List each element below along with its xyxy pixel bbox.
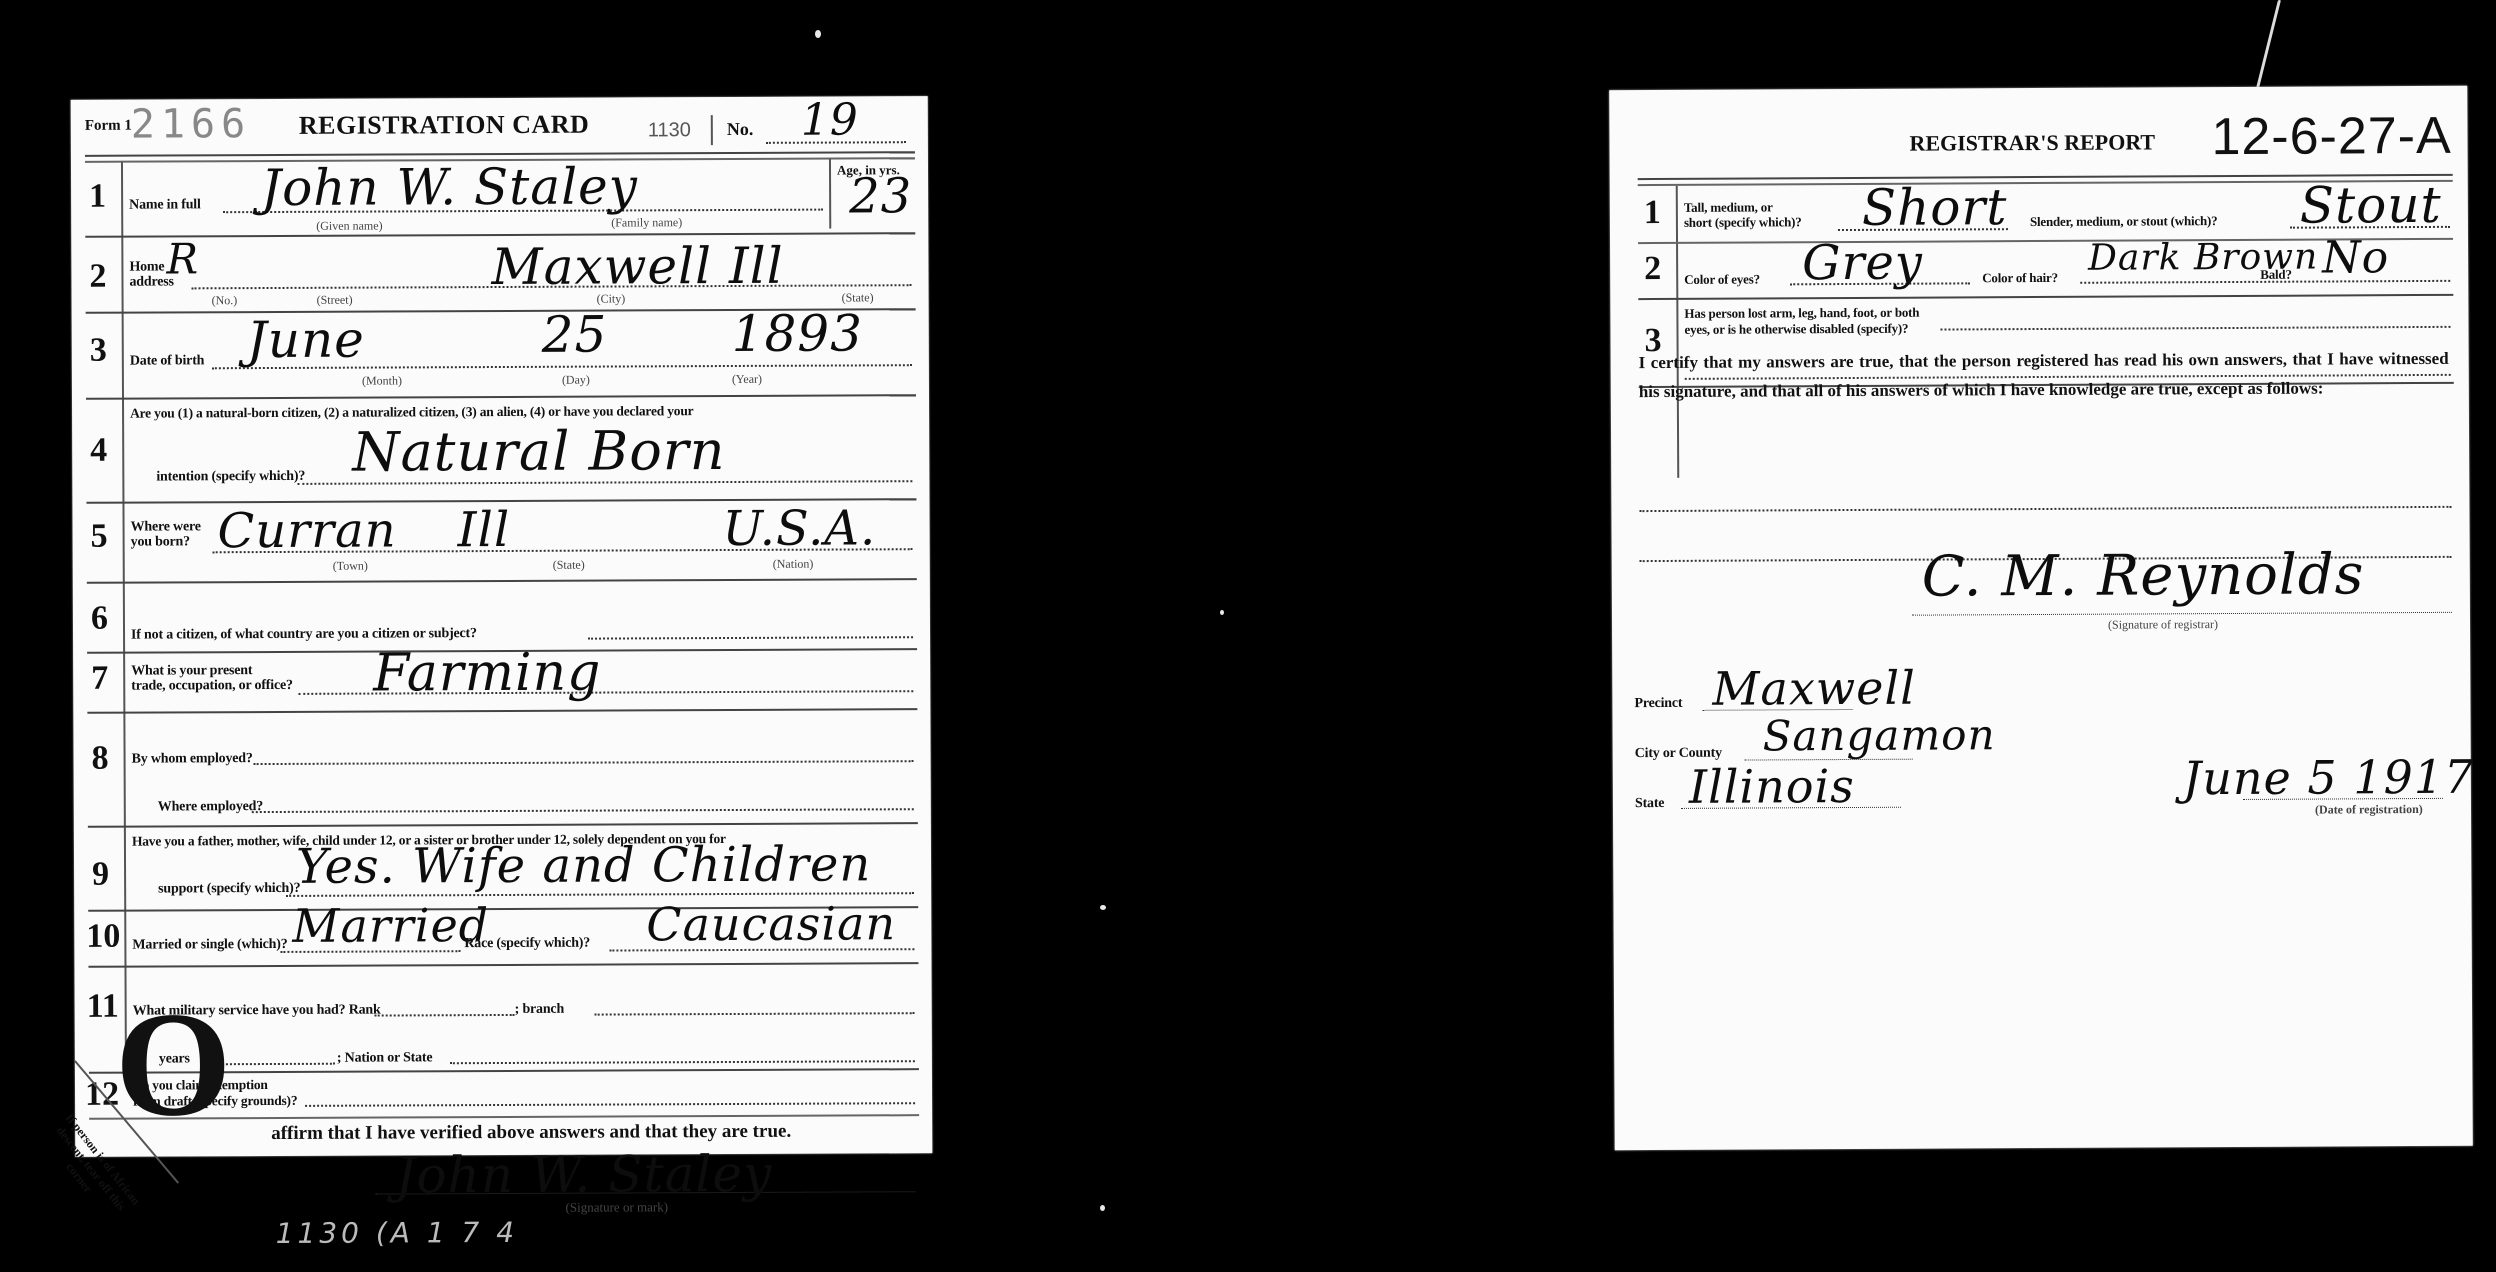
registration-date-sublabel: (Date of registration) [2315, 802, 2423, 818]
report-serial: 12-6-27-A [2211, 106, 2452, 167]
given-name-sublabel: (Given name) [316, 219, 382, 234]
dob-year-sublabel: (Year) [732, 372, 762, 387]
scan-speck [815, 30, 821, 38]
dob-day: 25 [542, 306, 608, 364]
disability-label: Has person lost arm, leg, hand, foot, or… [1684, 305, 1919, 338]
row-number: 2 [1644, 250, 1661, 288]
eye-color-label: Color of eyes? [1684, 271, 1760, 287]
dob-month-sublabel: (Month) [362, 373, 402, 388]
race-marker-letter: O [115, 989, 232, 1140]
scan-artifact [2256, 0, 2281, 88]
citizenship-label: intention (specify which)? [156, 469, 305, 486]
age-value: 23 [849, 168, 912, 224]
precinct-label: Precinct [1634, 696, 1682, 712]
address-city-sublabel: (City) [597, 291, 626, 306]
height-label: Tall, medium, orshort (specify which)? [1684, 199, 1802, 230]
scan-speck [1220, 610, 1224, 615]
card-title: REGISTRATION CARD [299, 110, 590, 141]
occupation-value: Farming [373, 643, 601, 704]
height-value: Short [1862, 178, 2008, 237]
employer-label: By whom employed? [132, 751, 253, 768]
citizenship-value: Natural Born [352, 419, 725, 484]
affirmation-text: affirm that I have verified above answer… [271, 1121, 791, 1145]
address-street-sublabel: (Street) [317, 293, 353, 308]
bald-value: No [2322, 232, 2389, 283]
foreign-citizenship-label: If not a citizen, of what country are yo… [131, 626, 477, 644]
row-number: 1 [89, 178, 106, 216]
birth-nation: U.S.A. [722, 500, 876, 557]
bald-label: Bald? [2260, 267, 2292, 283]
build-value: Stout [2300, 176, 2442, 235]
birth-nation-sublabel: (Nation) [773, 557, 814, 572]
precinct-value: Maxwell [1712, 661, 1916, 716]
row-number: 6 [91, 600, 108, 638]
address-no-sublabel: (No.) [212, 293, 238, 308]
registrar-signature-sublabel: (Signature of registrar) [2108, 617, 2218, 633]
dependents-value: Yes. Wife and Children [296, 836, 871, 895]
serial-number: 2166 [131, 101, 252, 148]
race-value: Caucasian [646, 896, 896, 951]
row-number: 8 [91, 740, 108, 778]
row-number: 5 [91, 518, 108, 556]
row-number: 9 [92, 856, 109, 894]
nation-or-state-label: ; Nation or State [337, 1050, 433, 1066]
state-label: State [1635, 796, 1664, 812]
branch-label: ; branch [515, 1002, 564, 1018]
number-label: No. [727, 119, 754, 140]
scan-speck [1100, 905, 1106, 910]
dob-month: June [247, 311, 365, 370]
registration-date: June 5 1917 [2183, 750, 2475, 806]
name-label: Name in full [129, 197, 201, 213]
row-number: 4 [90, 432, 107, 470]
name-value: John W. Staley [261, 157, 638, 217]
row-number: 10 [86, 918, 120, 956]
row-number: 3 [90, 332, 107, 370]
birth-town: Curran [217, 502, 396, 559]
registrars-report-card: REGISTRAR'S REPORT 12-6-27-A 1 Tall, med… [1609, 86, 2473, 1150]
card-number: 19 [801, 94, 859, 145]
registrar-signature: C. M. Reynolds [1922, 542, 2365, 609]
birth-state: Ill [457, 502, 510, 558]
box-number: 1130 [648, 119, 691, 142]
marital-label: Married or single (which)? [132, 937, 287, 954]
dob-label: Date of birth [130, 353, 204, 369]
state-value: Illinois [1689, 759, 1855, 814]
report-title: REGISTRAR'S REPORT [1909, 129, 2155, 156]
dependents-label: support (specify which)? [158, 881, 300, 898]
eye-color-value: Grey [1802, 235, 1923, 292]
family-name-sublabel: (Family name) [611, 215, 682, 230]
build-label: Slender, medium, or stout (which)? [2030, 213, 2218, 230]
registration-card: Form 1 2166 REGISTRATION CARD 1130 No. 1… [71, 96, 933, 1157]
row-number: 1 [1644, 194, 1661, 232]
birth-state-sublabel: (State) [553, 558, 585, 573]
occupation-label: What is your presenttrade, occupation, o… [131, 663, 293, 694]
hair-color-label: Color of hair? [1982, 270, 2058, 286]
address-state-sublabel: (State) [842, 290, 874, 305]
signature-sublabel: (Signature or mark) [566, 1199, 669, 1215]
pencil-notation: 1130 (A 1 7 4 [276, 1216, 519, 1250]
scan-speck [1100, 1205, 1105, 1211]
registrant-signature: John W. Staley [395, 1145, 772, 1205]
form-label: Form 1 [85, 118, 132, 135]
certification-text: I certify that my answers are true, that… [1639, 344, 2449, 406]
row-number: 2 [89, 258, 106, 296]
dob-day-sublabel: (Day) [562, 373, 590, 388]
county-value: Sangamon [1762, 710, 1995, 760]
dob-year: 1893 [732, 304, 864, 363]
address-value: Maxwell Ill [491, 237, 783, 296]
race-label: Race (specify which)? [464, 936, 590, 953]
marital-value: Married [292, 898, 489, 953]
birthplace-label: Where wereyou born? [131, 519, 201, 549]
birth-town-sublabel: (Town) [333, 559, 368, 574]
row-number: 7 [91, 660, 108, 698]
employment-place-label: Where employed? [158, 799, 263, 815]
address-number-value: R [166, 234, 199, 283]
